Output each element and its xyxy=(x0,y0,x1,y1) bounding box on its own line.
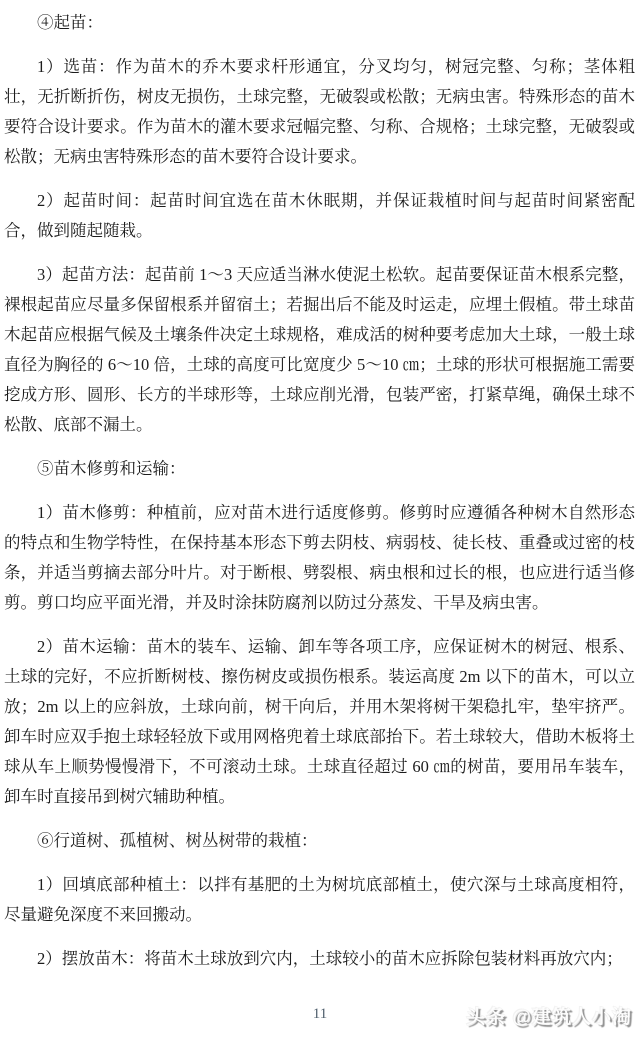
section-heading-lifting: ④起苗： xyxy=(4,8,635,38)
document-body: ④起苗： 1）选苗：作为苗木的乔木要求杆形通宜，分叉均匀，树冠完整、匀称；茎体粗… xyxy=(0,0,640,974)
section-heading-pruning-transport: ⑤苗木修剪和运输： xyxy=(4,454,635,484)
paragraph-pruning: 1）苗木修剪：种植前，应对苗木进行适度修剪。修剪时应遵循各种树木自然形态的特点和… xyxy=(4,498,635,618)
paragraph-lifting-time: 2）起苗时间：起苗时间宜选在苗木休眠期，并保证栽植时间与起苗时间紧密配合，做到随… xyxy=(4,186,635,246)
section-heading-planting: ⑥行道树、孤植树、树丛树带的栽植： xyxy=(4,826,635,856)
page-footer: 11 头条 @建筑人小淘 xyxy=(0,998,640,1034)
paragraph-backfill-soil: 1）回填底部种植土：以拌有基肥的土为树坑底部植土，使穴深与土球高度相符，尽量避免… xyxy=(4,870,635,930)
document-page: ④起苗： 1）选苗：作为苗木的乔木要求杆形通宜，分叉均匀，树冠完整、匀称；茎体粗… xyxy=(0,0,640,1040)
paragraph-placing-seedlings: 2）摆放苗木：将苗木土球放到穴内，土球较小的苗木应拆除包装材料再放穴内； xyxy=(4,944,635,974)
paragraph-seedling-selection: 1）选苗：作为苗木的乔木要求杆形通宜，分叉均匀，树冠完整、匀称；茎体粗壮，无折断… xyxy=(4,52,635,172)
paragraph-lifting-method: 3）起苗方法：起苗前 1～3 天应适当淋水使泥土松软。起苗要保证苗木根系完整，裸… xyxy=(4,260,635,440)
paragraph-transport: 2）苗木运输：苗木的装车、运输、卸车等各项工序，应保证树木的树冠、根系、土球的完… xyxy=(4,632,635,812)
toutiao-watermark: 头条 @建筑人小淘 xyxy=(466,1002,632,1029)
